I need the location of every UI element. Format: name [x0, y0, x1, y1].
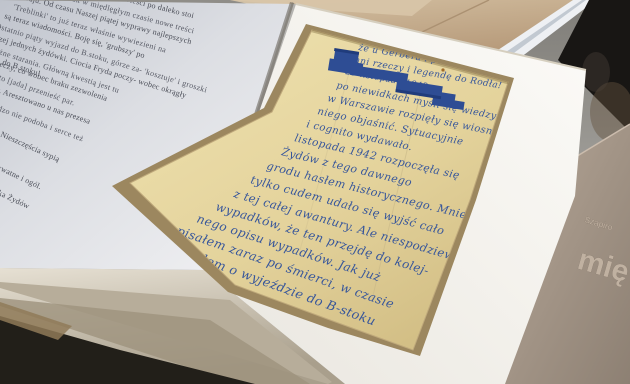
photo-open-book-with-manuscript-facsimile: Szapiro mię tyle robią co drzwi nowe wie…: [0, 0, 630, 384]
scene: Szapiro mię tyle robią co drzwi nowe wie…: [0, 0, 630, 384]
reflection-smudge-2: [582, 52, 610, 92]
paper-spot: [441, 68, 444, 71]
